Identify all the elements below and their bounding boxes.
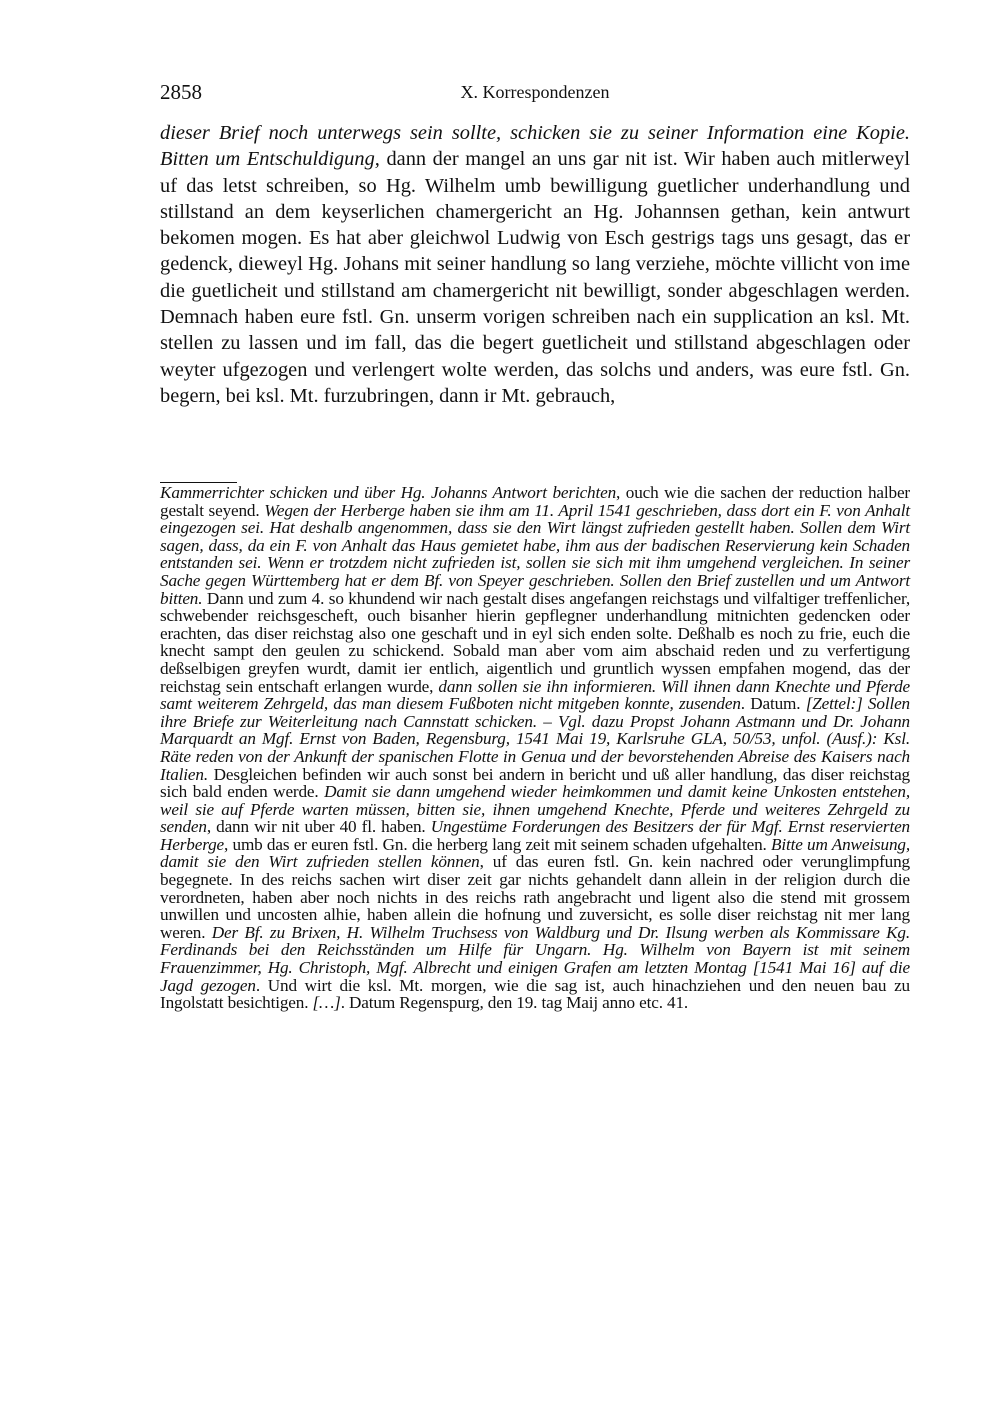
document-page: 2858 X. Korrespondenzen dieser Brief noc… xyxy=(160,78,910,409)
footnote-segment-italic: […] xyxy=(313,993,341,1012)
main-body-text: dieser Brief noch unterwegs sein sollte,… xyxy=(160,120,910,409)
footnote-text: Kammerrichter schicken und über Hg. Joha… xyxy=(160,484,910,1012)
footnote-segment: , umb das er euren fstl. Gn. die herberg… xyxy=(224,835,771,854)
section-title: X. Korrespondenzen xyxy=(160,78,910,106)
running-head: 2858 X. Korrespondenzen xyxy=(160,78,910,108)
footnote-segment: . Datum Regenspurg, den 19. tag Maij ann… xyxy=(341,993,688,1012)
footnote-segment: . Datum. xyxy=(741,694,806,713)
body-segment: dann der mangel an uns gar nit ist. Wir … xyxy=(160,148,910,407)
footnote-segment-italic: Kammerrichter schicken und über Hg. Joha… xyxy=(160,483,616,502)
footnote-segment: , dann wir nit uber 40 fl. haben. xyxy=(207,817,431,836)
